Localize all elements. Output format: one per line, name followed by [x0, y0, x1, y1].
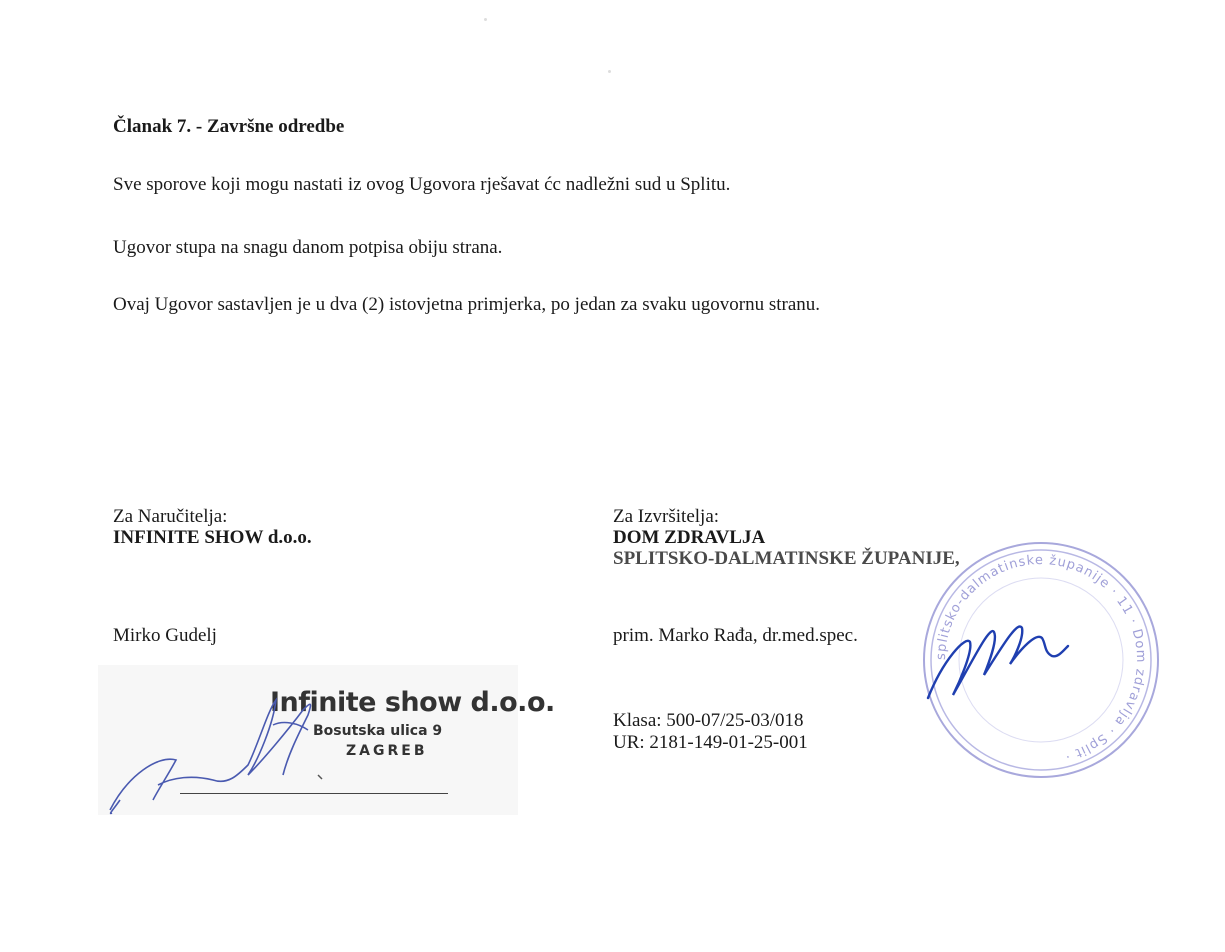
- contractor-references: Klasa: 500-07/25-03/018 UR: 2181-149-01-…: [613, 710, 808, 754]
- contractor-company-line1: DOM ZDRAVLJA: [613, 527, 960, 548]
- urbroj-number: UR: 2181-149-01-25-001: [613, 732, 808, 754]
- paragraph-effective: Ugovor stupa na snagu danom potpisa obij…: [113, 237, 502, 259]
- round-stamp-icon: splitsko-dalmatinske županije · 11 · Dom…: [918, 540, 1164, 780]
- client-signatory: Mirko Gudelj: [113, 625, 217, 647]
- official-round-stamp: splitsko-dalmatinske županije · 11 · Dom…: [918, 540, 1164, 780]
- contractor-signatory: prim. Marko Rađa, dr.med.spec.: [613, 625, 858, 647]
- scan-speck: [484, 18, 487, 21]
- article-heading: Članak 7. - Završne odredbe: [113, 116, 344, 138]
- client-block: Za Naručitelja: INFINITE SHOW d.o.o.: [113, 506, 312, 548]
- client-company: INFINITE SHOW d.o.o.: [113, 527, 312, 548]
- client-signature-icon: [98, 665, 518, 815]
- klasa-number: Klasa: 500-07/25-03/018: [613, 710, 808, 732]
- contractor-block: Za Izvršitelja: DOM ZDRAVLJA SPLITSKO-DA…: [613, 506, 960, 569]
- scan-speck: [608, 70, 611, 73]
- paragraph-copies: Ovaj Ugovor sastavljen je u dva (2) isto…: [113, 294, 820, 316]
- svg-text:splitsko-dalmatinske županije: splitsko-dalmatinske županije · 11 · Dom…: [934, 553, 1148, 764]
- paragraph-jurisdiction: Sve sporove koji mogu nastati iz ovog Ug…: [113, 174, 730, 196]
- contractor-company-line2: SPLITSKO-DALMATINSKE ŽUPANIJE,: [613, 548, 960, 569]
- client-label: Za Naručitelja:: [113, 506, 312, 527]
- contractor-label: Za Izvršitelja:: [613, 506, 960, 527]
- client-stamp: Infinite show d.o.o. Bosutska ulica 9 ZA…: [98, 665, 518, 815]
